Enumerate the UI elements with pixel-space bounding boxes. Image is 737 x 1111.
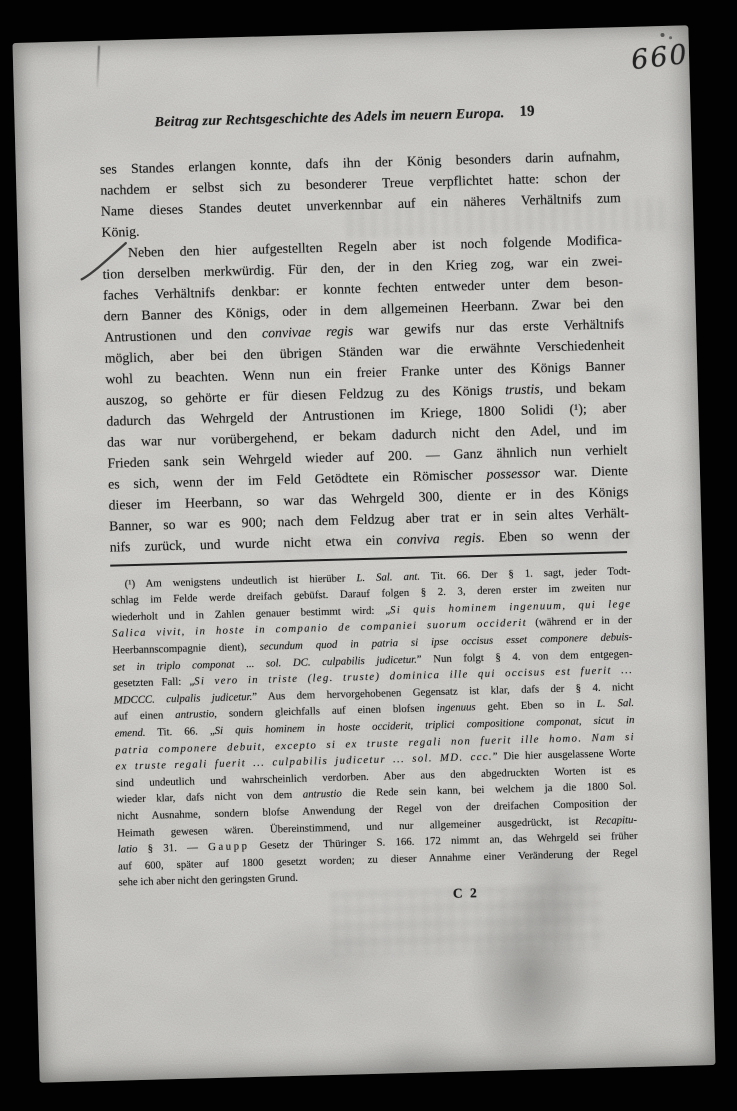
book-page: 660 Beitrag zur Rechtsgeschichte des Ade… [13,25,716,1082]
ink-dots [660,33,664,37]
page-content: Beitrag zur Rechtsgeschichte des Adels i… [98,101,639,910]
main-text-block: ses Standes erlangen konnte, dafs ihn de… [100,145,630,557]
scan-background: 660 Beitrag zur Rechtsgeschichte des Ade… [0,0,737,1111]
page-number: 19 [519,103,534,120]
footnote-block: (¹) Am wenigstens undeutlich ist hierübe… [110,563,638,892]
signature-mark: C 2 [453,884,513,902]
